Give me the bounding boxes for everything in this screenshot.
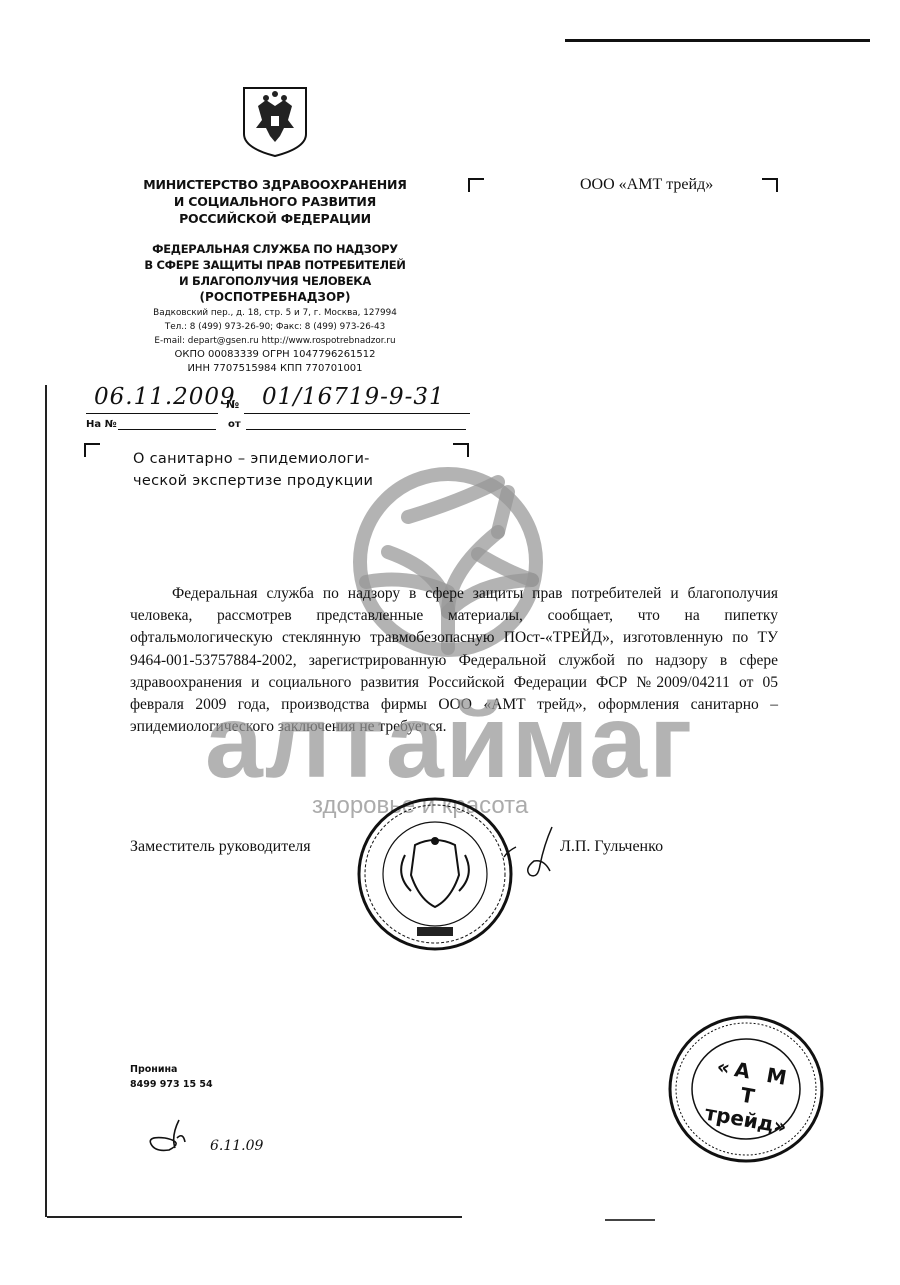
address: Вадковский пер., д. 18, стр. 5 и 7, г. М…: [120, 306, 430, 320]
ministry-name: МИНИСТЕРСТВО ЗДРАВООХРАНЕНИЯ И СОЦИАЛЬНО…: [120, 176, 430, 227]
service-line: ФЕДЕРАЛЬНАЯ СЛУЖБА ПО НАДЗОРУ: [120, 241, 430, 257]
service-line: В СФЕРЕ ЗАЩИТЫ ПРАВ ПОТРЕБИТЕЛЕЙ: [120, 257, 430, 273]
scan-edge-top: [565, 39, 870, 42]
watermark-brand: алтаймаг: [205, 690, 694, 794]
executor-name: Пронина: [130, 1062, 213, 1077]
coat-of-arms-icon: [238, 84, 312, 158]
from-line: [246, 429, 466, 430]
initials-signature-icon: [145, 1118, 205, 1154]
scan-edge-bottom: [47, 1216, 462, 1218]
signature-icon: [500, 825, 560, 885]
ministry-line: РОССИЙСКОЙ ФЕДЕРАЦИИ: [120, 210, 430, 227]
executor-block: Пронина 8499 973 15 54: [130, 1062, 213, 1092]
date-line: [86, 413, 218, 414]
subject-line: ческой экспертизе продукции: [133, 470, 373, 492]
addressee: ООО «АМТ трейд»: [580, 176, 713, 194]
official-stamp-icon: [355, 795, 515, 953]
scan-edge-left: [45, 385, 47, 1217]
number-line: [244, 413, 470, 414]
in-reply-label: На №: [86, 419, 117, 430]
contact-block: Вадковский пер., д. 18, стр. 5 и 7, г. М…: [120, 306, 430, 376]
inn-kpp: ИНН 7707515984 КПП 770701001: [120, 362, 430, 376]
scan-edge-bottom-right: [605, 1219, 655, 1221]
service-name: ФЕДЕРАЛЬНАЯ СЛУЖБА ПО НАДЗОРУ В СФЕРЕ ЗА…: [120, 241, 430, 289]
signatory-title: Заместитель руководителя: [130, 838, 311, 856]
service-short-name: (РОСПОТРЕБНАДЗОР): [120, 290, 430, 305]
addressee-bracket-left: [468, 178, 484, 192]
letter-number: 01/16719-9-31: [262, 384, 445, 410]
number-label: №: [226, 398, 239, 411]
subject: О санитарно – эпидемиологи- ческой экспе…: [133, 448, 373, 492]
letter-date: 06.11.2009: [94, 384, 236, 410]
from-label: от: [228, 419, 241, 430]
signatory-name: Л.П. Гульченко: [560, 838, 663, 856]
addressee-bracket-right: [762, 178, 778, 192]
okpo-ogrn: ОКПО 00083339 ОГРН 1047796261512: [120, 348, 430, 362]
subject-bracket-left: [84, 443, 100, 457]
ministry-line: И СОЦИАЛЬНОГО РАЗВИТИЯ: [120, 193, 430, 210]
handwritten-date: 6.11.09: [210, 1138, 263, 1154]
subject-line: О санитарно – эпидемиологи-: [133, 448, 373, 470]
executor-phone: 8499 973 15 54: [130, 1077, 213, 1092]
email-web: E-mail: depart@gsen.ru http://www.rospot…: [120, 334, 430, 348]
subject-bracket-right: [453, 443, 469, 457]
in-reply-line: [118, 429, 216, 430]
phone-fax: Тел.: 8 (499) 973-26-90; Факс: 8 (499) 9…: [120, 320, 430, 334]
ministry-line: МИНИСТЕРСТВО ЗДРАВООХРАНЕНИЯ: [120, 176, 430, 193]
service-line: И БЛАГОПОЛУЧИЯ ЧЕЛОВЕКА: [120, 273, 430, 289]
